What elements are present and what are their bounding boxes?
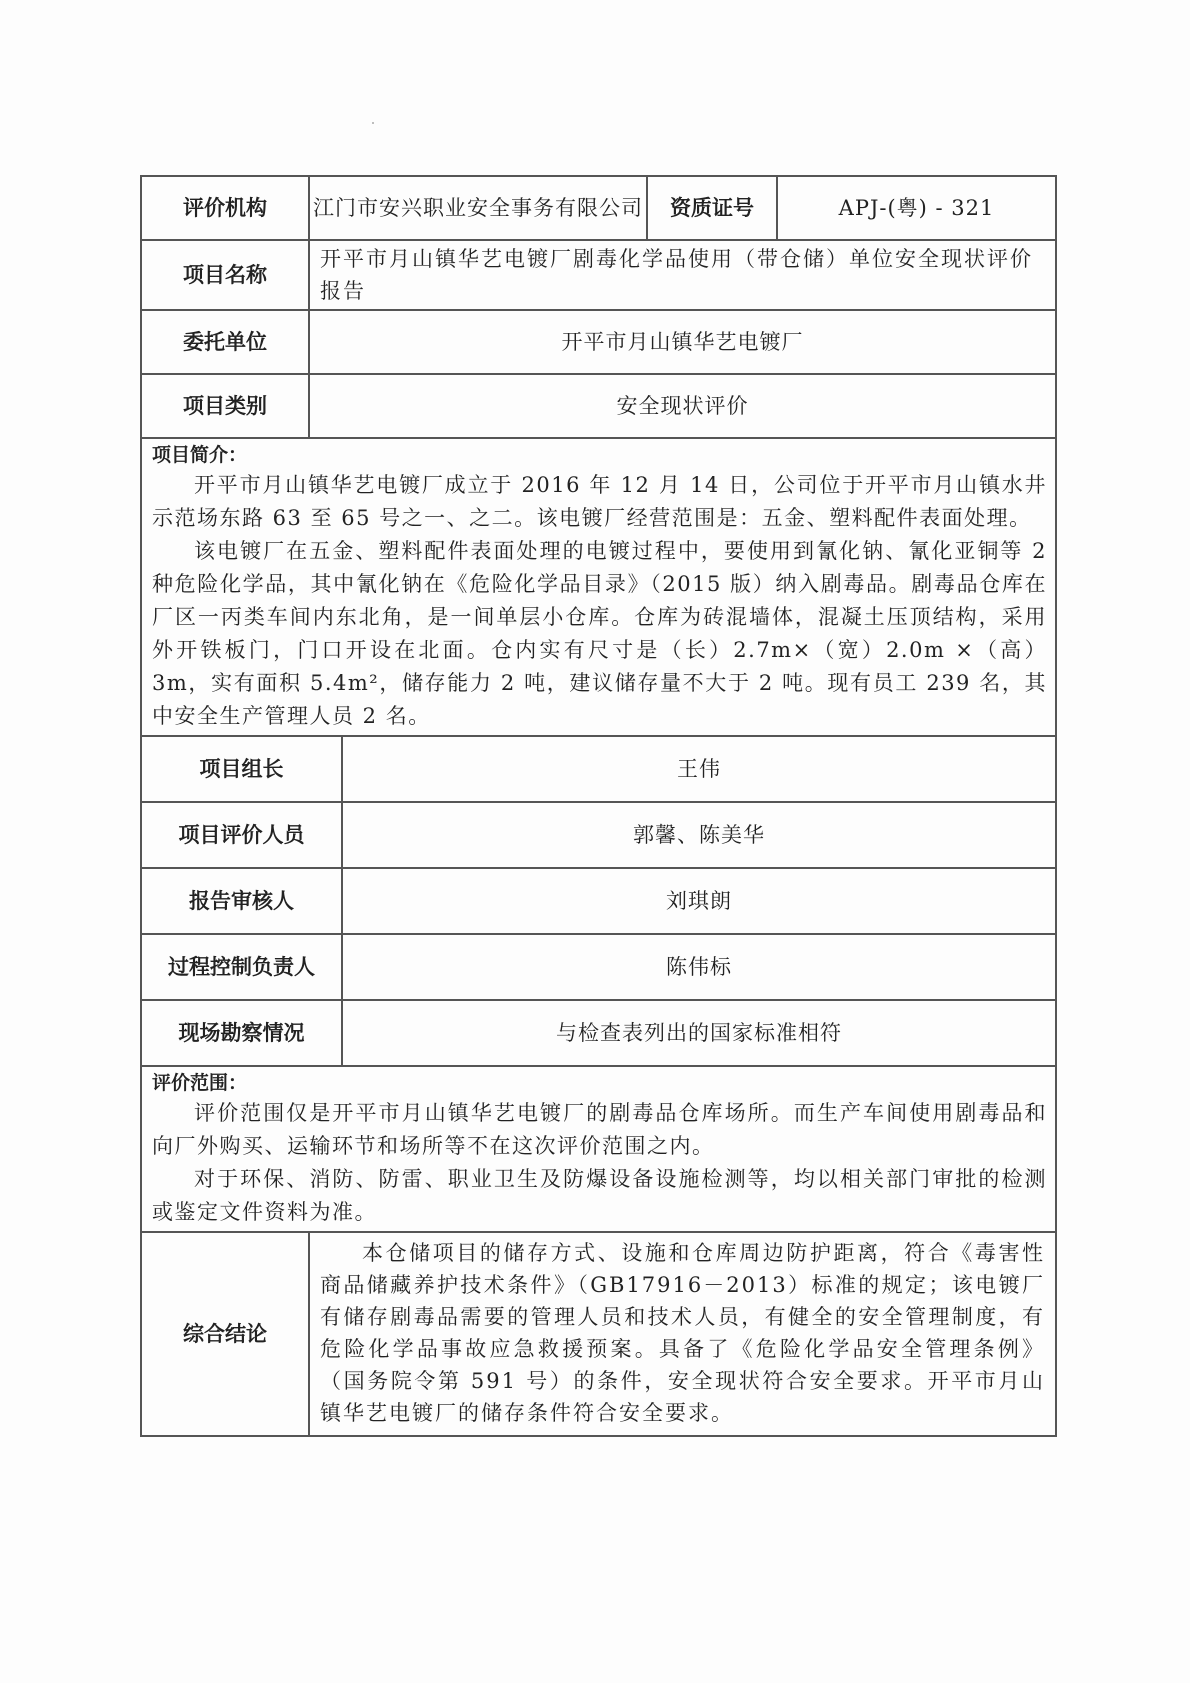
- row-reviewer: 报告审核人 刘琪朗: [141, 868, 1056, 934]
- client-value: 开平市月山镇华艺电镀厂: [309, 310, 1056, 374]
- scope-paragraph: 评价范围仅是开平市月山镇华艺电镀厂的剧毒品仓库场所。而生产车间使用剧毒品和向厂外…: [152, 1097, 1047, 1163]
- project-name-value: 开平市月山镇华艺电镀厂剧毒化学品使用（带仓储）单位安全现状评价报告: [309, 240, 1056, 310]
- row-organization: 评价机构 江门市安兴职业安全事务有限公司 资质证号 APJ-(粤) - 321: [141, 176, 1056, 240]
- row-process-control: 过程控制负责人 陈伟标: [141, 934, 1056, 1000]
- reviewer-value: 刘琪朗: [342, 868, 1056, 934]
- org-value: 江门市安兴职业安全事务有限公司: [309, 176, 647, 240]
- document-page: 评价机构 江门市安兴职业安全事务有限公司 资质证号 APJ-(粤) - 321 …: [0, 0, 1190, 1683]
- row-category: 项目类别 安全现状评价: [141, 374, 1056, 438]
- site-survey-value: 与检查表列出的国家标准相符: [342, 1000, 1056, 1066]
- cert-value: APJ-(粤) - 321: [777, 176, 1056, 240]
- row-conclusion: 综合结论 本仓储项目的储存方式、设施和仓库周边防护距离，符合《毒害性商品储藏养护…: [141, 1232, 1056, 1436]
- scan-speck: [372, 122, 374, 124]
- row-leader: 项目组长 王伟: [141, 736, 1056, 802]
- process-control-label: 过程控制负责人: [141, 934, 342, 1000]
- intro-title: 项目简介：: [152, 441, 1047, 469]
- intro-paragraph: 该电镀厂在五金、塑料配件表面处理的电镀过程中，要使用到氰化钠、氰化亚铜等 2 种…: [152, 535, 1047, 733]
- category-label: 项目类别: [141, 374, 309, 438]
- scope-paragraph: 对于环保、消防、防雷、职业卫生及防爆设备设施检测等，均以相关部门审批的检测或鉴定…: [152, 1163, 1047, 1229]
- process-control-value: 陈伟标: [342, 934, 1056, 1000]
- row-project-name: 项目名称 开平市月山镇华艺电镀厂剧毒化学品使用（带仓储）单位安全现状评价报告: [141, 240, 1056, 310]
- leader-value: 王伟: [342, 736, 1056, 802]
- client-label: 委托单位: [141, 310, 309, 374]
- conclusion-label: 综合结论: [141, 1232, 309, 1436]
- conclusion-text: 本仓储项目的储存方式、设施和仓库周边防护距离，符合《毒害性商品储藏养护技术条件》…: [309, 1232, 1056, 1436]
- intro-paragraph: 开平市月山镇华艺电镀厂成立于 2016 年 12 月 14 日，公司位于开平市月…: [152, 469, 1047, 535]
- row-client: 委托单位 开平市月山镇华艺电镀厂: [141, 310, 1056, 374]
- site-survey-label: 现场勘察情况: [141, 1000, 342, 1066]
- evaluation-summary-table: 评价机构 江门市安兴职业安全事务有限公司 资质证号 APJ-(粤) - 321 …: [140, 175, 1057, 1437]
- intro-block: 项目简介： 开平市月山镇华艺电镀厂成立于 2016 年 12 月 14 日，公司…: [141, 438, 1056, 736]
- evaluators-value: 郭馨、陈美华: [342, 802, 1056, 868]
- row-scope: 评价范围： 评价范围仅是开平市月山镇华艺电镀厂的剧毒品仓库场所。而生产车间使用剧…: [141, 1066, 1056, 1232]
- row-evaluators: 项目评价人员 郭馨、陈美华: [141, 802, 1056, 868]
- cert-label: 资质证号: [647, 176, 777, 240]
- reviewer-label: 报告审核人: [141, 868, 342, 934]
- category-value: 安全现状评价: [309, 374, 1056, 438]
- leader-label: 项目组长: [141, 736, 342, 802]
- org-label: 评价机构: [141, 176, 309, 240]
- row-intro: 项目简介： 开平市月山镇华艺电镀厂成立于 2016 年 12 月 14 日，公司…: [141, 438, 1056, 736]
- scope-title: 评价范围：: [152, 1069, 1047, 1097]
- evaluators-label: 项目评价人员: [141, 802, 342, 868]
- project-name-label: 项目名称: [141, 240, 309, 310]
- row-site-survey: 现场勘察情况 与检查表列出的国家标准相符: [141, 1000, 1056, 1066]
- scope-block: 评价范围： 评价范围仅是开平市月山镇华艺电镀厂的剧毒品仓库场所。而生产车间使用剧…: [141, 1066, 1056, 1232]
